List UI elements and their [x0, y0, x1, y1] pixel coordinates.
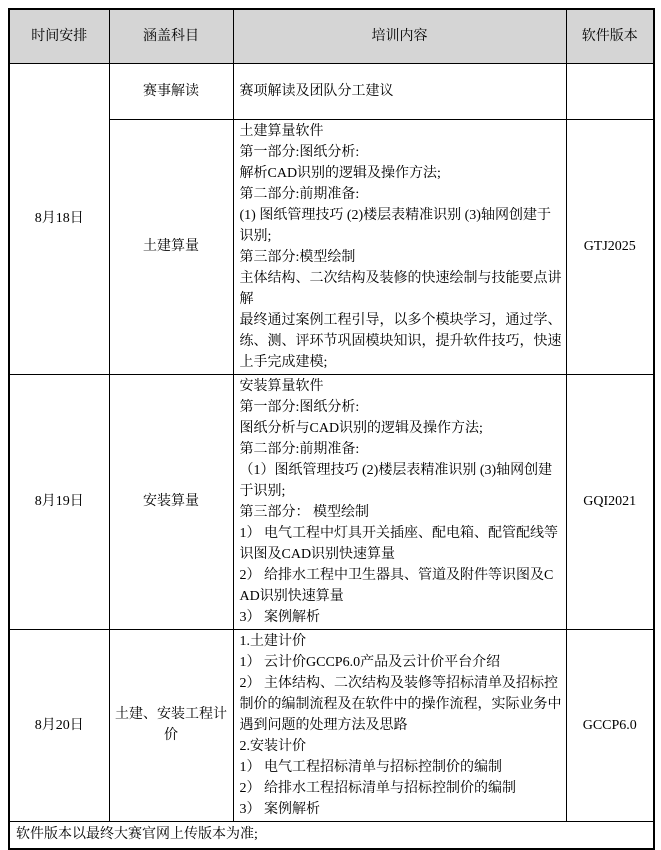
content-cell-jijia: 1.土建计价 1） 云计价GCCP6.0产品及云计价平台介绍 2） 主体结构、二…: [233, 629, 566, 821]
version-cell-gccp60: GCCP6.0: [566, 629, 654, 821]
subject-cell-tujian: 土建算量: [109, 119, 233, 374]
footer-note: 软件版本以最终大赛官网上传版本为准;: [9, 821, 654, 849]
training-schedule-table: 时间安排 涵盖科目 培训内容 软件版本 8月18日 赛事解读 赛项解读及团队分工…: [8, 8, 655, 850]
header-cell-content: 培训内容: [233, 9, 566, 63]
content-cell-anzhuang: 安装算量软件 第一部分:图纸分析: 图纸分析与CAD识别的逻辑及操作方法; 第二…: [233, 374, 566, 629]
header-cell-version: 软件版本: [566, 9, 654, 63]
content-cell-saishijiedu: 赛项解读及团队分工建议: [233, 63, 566, 119]
document-page: 时间安排 涵盖科目 培训内容 软件版本 8月18日 赛事解读 赛项解读及团队分工…: [0, 0, 661, 844]
subject-cell-anzhuang: 安装算量: [109, 374, 233, 629]
subject-cell-saishijiedu: 赛事解读: [109, 63, 233, 119]
version-cell-gqi2021: GQI2021: [566, 374, 654, 629]
subject-cell-jijia: 土建、安装工程计价: [109, 629, 233, 821]
version-cell-gtj2025: GTJ2025: [566, 119, 654, 374]
table-row-event-intro: 8月18日 赛事解读 赛项解读及团队分工建议: [9, 63, 654, 119]
date-cell-aug20: 8月20日: [9, 629, 109, 821]
version-cell-empty: [566, 63, 654, 119]
date-cell-aug18: 8月18日: [9, 63, 109, 374]
table-row-anzhuang-suanliang: 8月19日 安装算量 安装算量软件 第一部分:图纸分析: 图纸分析与CAD识别的…: [9, 374, 654, 629]
table-row-gongcheng-jijia: 8月20日 土建、安装工程计价 1.土建计价 1） 云计价GCCP6.0产品及云…: [9, 629, 654, 821]
date-cell-aug19: 8月19日: [9, 374, 109, 629]
content-cell-tujian: 土建算量软件 第一部分:图纸分析: 解析CAD识别的逻辑及操作方法; 第二部分:…: [233, 119, 566, 374]
footer-row: 软件版本以最终大赛官网上传版本为准;: [9, 821, 654, 849]
header-cell-subject: 涵盖科目: [109, 9, 233, 63]
header-row: 时间安排 涵盖科目 培训内容 软件版本: [9, 9, 654, 63]
header-cell-time: 时间安排: [9, 9, 109, 63]
